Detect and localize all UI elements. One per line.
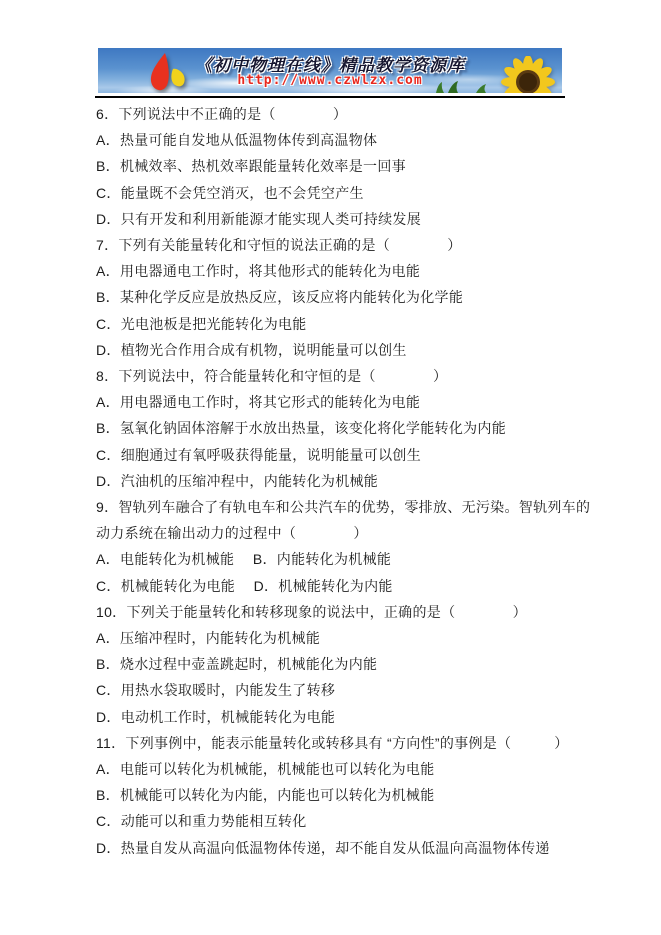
exam-page: 《初中物理在线》精品教学资源库 http://www.czwlzx.com — [0, 0, 661, 935]
question-option: B．机械能可以转化为内能，内能也可以转化为机械能 — [96, 782, 576, 808]
question-9: 9．智轨列车融合了有轨电车和公共汽车的优势，零排放、无污染。智轨列车的动力系统在… — [96, 494, 576, 599]
question-option: A．用电器通电工作时，将其他形式的能转化为电能 — [96, 258, 576, 284]
question-stem: 10．下列关于能量转化和转移现象的说法中，正确的是（ ） — [96, 599, 576, 625]
question-option: C．用热水袋取暖时，内能发生了转移 — [96, 677, 576, 703]
grass-icon — [428, 78, 498, 93]
site-banner: 《初中物理在线》精品教学资源库 http://www.czwlzx.com — [98, 48, 562, 93]
sunflower-icon — [490, 56, 562, 93]
question-11: 11．下列事例中，能表示能量转化或转移具有 “方向性”的事例是（ ）A．电能可以… — [96, 730, 576, 861]
question-8: 8．下列说法中，符合能量转化和守恒的是（ ）A．用电器通电工作时，将其它形式的能… — [96, 363, 576, 494]
question-option: A．压缩冲程时，内能转化为机械能 — [96, 625, 576, 651]
question-option: A．电能可以转化为机械能，机械能也可以转化为电能 — [96, 756, 576, 782]
question-option: D．只有开发和利用新能源才能实现人类可持续发展 — [96, 206, 576, 232]
question-option: C．能量既不会凭空消灭，也不会凭空产生 — [96, 180, 576, 206]
question-stem: 8．下列说法中，符合能量转化和守恒的是（ ） — [96, 363, 576, 389]
question-option: D．汽油机的压缩冲程中，内能转化为机械能 — [96, 468, 576, 494]
question-option: D．电动机工作时，机械能转化为电能 — [96, 704, 576, 730]
question-option: A．电能转化为机械能 B．内能转化为机械能 — [96, 546, 576, 572]
question-option: B．烧水过程中壶盖跳起时，机械能化为内能 — [96, 651, 576, 677]
question-option: C．细胞通过有氧呼吸获得能量，说明能量可以创生 — [96, 442, 576, 468]
question-option: D．植物光合作用合成有机物，说明能量可以创生 — [96, 337, 576, 363]
question-10: 10．下列关于能量转化和转移现象的说法中，正确的是（ ）A．压缩冲程时，内能转化… — [96, 599, 576, 730]
question-option: A．用电器通电工作时，将其它形式的能转化为电能 — [96, 389, 576, 415]
question-stem: 6．下列说法中不正确的是（ ） — [96, 101, 576, 127]
question-option: B．某种化学反应是放热反应，该反应将内能转化为化学能 — [96, 284, 576, 310]
question-option: C．动能可以和重力势能相互转化 — [96, 808, 576, 834]
question-option: C．机械能转化为电能 D．机械能转化为内能 — [96, 573, 576, 599]
question-option: B．机械效率、热机效率跟能量转化效率是一回事 — [96, 153, 576, 179]
question-stem: 9．智轨列车融合了有轨电车和公共汽车的优势，零排放、无污染。智轨列车的 — [96, 494, 576, 520]
question-option: C．光电池板是把光能转化为电能 — [96, 311, 576, 337]
question-option: D．热量自发从高温向低温物体传递，却不能自发从低温向高温物体传递 — [96, 835, 576, 861]
question-stem: 11．下列事例中，能表示能量转化或转移具有 “方向性”的事例是（ ） — [96, 730, 576, 756]
question-7: 7．下列有关能量转化和守恒的说法正确的是（ ）A．用电器通电工作时，将其他形式的… — [96, 232, 576, 363]
banner-underline — [95, 96, 565, 98]
question-stem: 7．下列有关能量转化和守恒的说法正确的是（ ） — [96, 232, 576, 258]
question-option: B．氢氧化钠固体溶解于水放出热量，该变化将化学能转化为内能 — [96, 415, 576, 441]
question-stem-continued: 动力系统在输出动力的过程中（ ） — [96, 520, 576, 546]
questions: 6．下列说法中不正确的是（ ）A．热量可能自发地从低温物体传到高温物体B．机械效… — [96, 101, 576, 861]
question-6: 6．下列说法中不正确的是（ ）A．热量可能自发地从低温物体传到高温物体B．机械效… — [96, 101, 576, 232]
question-option: A．热量可能自发地从低温物体传到高温物体 — [96, 127, 576, 153]
